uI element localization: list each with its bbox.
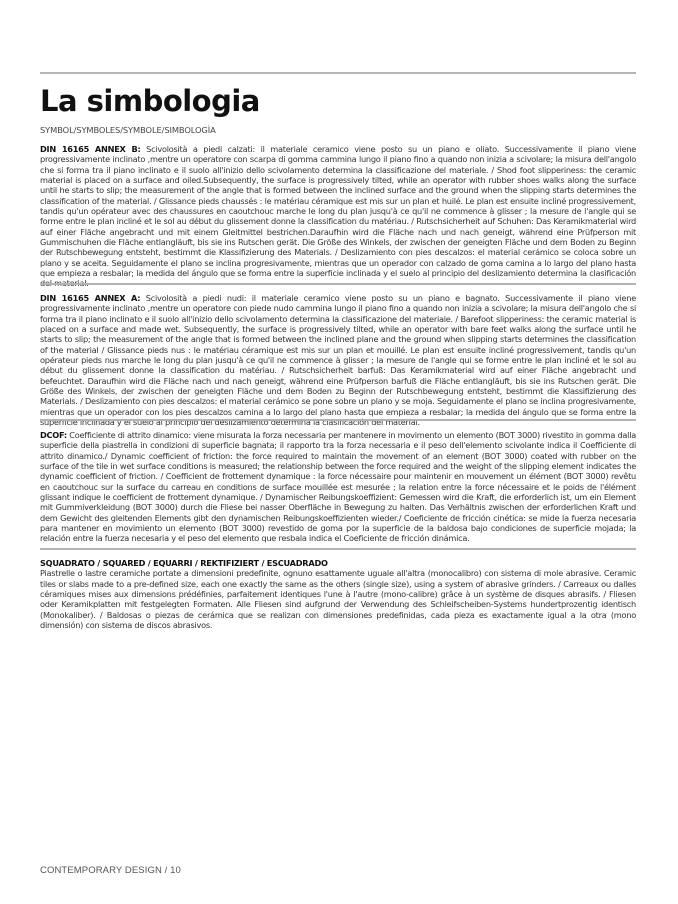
section-din-annex-b: DIN 16165 ANNEX B: Scivolosità a piedi c… (40, 144, 636, 289)
section-squared: SQUADRATO / SQUARED / EQUARRI / REKTIFIZ… (40, 558, 636, 630)
top-divider (40, 72, 636, 74)
section-divider (40, 283, 636, 285)
section-heading: SQUADRATO / SQUARED / EQUARRI / REKTIFIZ… (40, 558, 636, 568)
section-label: DCOF: (40, 430, 67, 440)
page-footer: CONTEMPORARY DESIGN / 10 (40, 865, 181, 876)
page-title: La simbologia (40, 82, 260, 120)
section-divider (40, 419, 636, 421)
section-text: Piastrelle o lastre ceramiche portate a … (40, 568, 636, 630)
section-label: DIN 16165 ANNEX A: (40, 293, 140, 303)
section-dcof: DCOF: Coefficiente di attrito dinamico: … (40, 430, 636, 544)
section-din-annex-a: DIN 16165 ANNEX A: Scivolosità a piedi n… (40, 293, 636, 427)
section-text: Scivolosità a piedi nudi: il materiale c… (40, 293, 636, 427)
page-subtitle: SYMBOL/SYMBOLES/SYMBOLE/SIMBOLOGÌA (40, 125, 216, 135)
section-label: DIN 16165 ANNEX B: (40, 144, 141, 154)
section-divider (40, 548, 636, 550)
section-text: Coefficiente di attrito dinamico: viene … (40, 430, 636, 543)
section-text: Scivolosità a piedi calzati: il material… (40, 144, 636, 288)
